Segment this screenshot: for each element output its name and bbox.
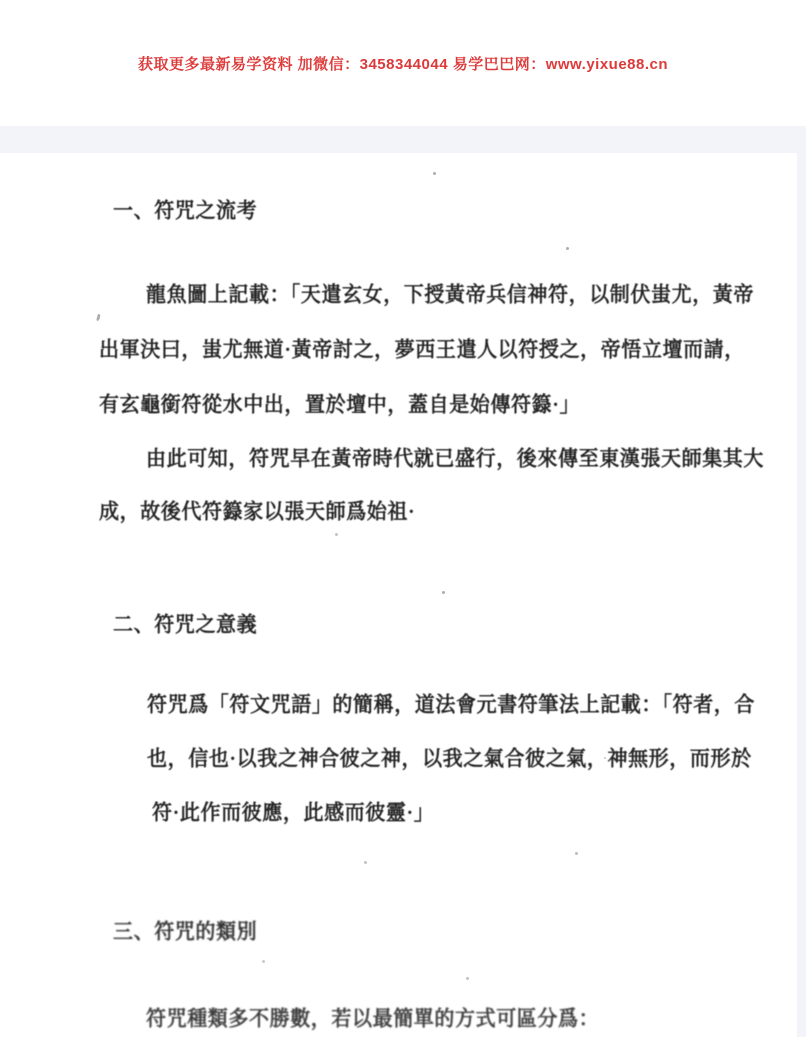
paragraph-2-line-2: 成，故後代符籙家以張天師爲始祖· [99,494,415,524]
watermark-promo-text: 获取更多最新易学资料 加微信：3458344044 易学巴巴网：www.yixu… [0,53,806,74]
paragraph-2-line-1: 由此可知，符咒早在黃帝時代就已盛行，後來傳至東漢張天師集其大 [146,441,764,471]
paragraph-1-line-1: 龍魚圖上記載：「天遣玄女，下授黃帝兵信神符，以制伏蚩尤，黃帝 [146,277,754,307]
scan-speck [335,533,338,536]
paragraph-1-line-2: 出軍決曰，蚩尤無道·黃帝討之，夢西王遣人以符授之，帝悟立壇而請， [99,332,745,362]
scan-speck [575,852,578,855]
paragraph-3-line-1: 符咒爲「符文咒語」的簡稱，道法會元書符筆法上記載：「符者，合 [147,687,755,717]
scanned-document-viewer: { "colors": { "watermark_red": "#dd3a3a"… [0,0,806,1037]
scan-speck [604,757,606,759]
scan-speck [442,591,445,594]
paragraph-1-line-3: 有玄龜銜符從水中出，置於壇中，蓋自是始傳符籙·」 [99,387,580,417]
section-heading-3: 三、符咒的類別 [113,914,257,944]
scan-speck [364,861,367,864]
scan-speck [566,247,569,250]
viewer-right-gutter [797,126,806,1037]
paragraph-3-line-3: 符·此作而彼應，此感而彼靈·」 [152,795,434,825]
scan-speck [466,977,469,980]
paragraph-4-line-1: 符咒種類多不勝數，若以最簡單的方式可區分爲： [146,1001,599,1031]
paragraph-3-line-2: 也，信也·以我之神合彼之神，以我之氣合彼之氣，神無形，而形於 [147,741,752,771]
section-heading-1: 一、符咒之流考 [113,193,257,223]
scan-speck [262,960,265,963]
scan-speck [96,314,101,322]
page-gap-divider [0,126,806,153]
scan-speck [433,172,436,175]
section-heading-2: 二、符咒之意義 [113,607,257,637]
